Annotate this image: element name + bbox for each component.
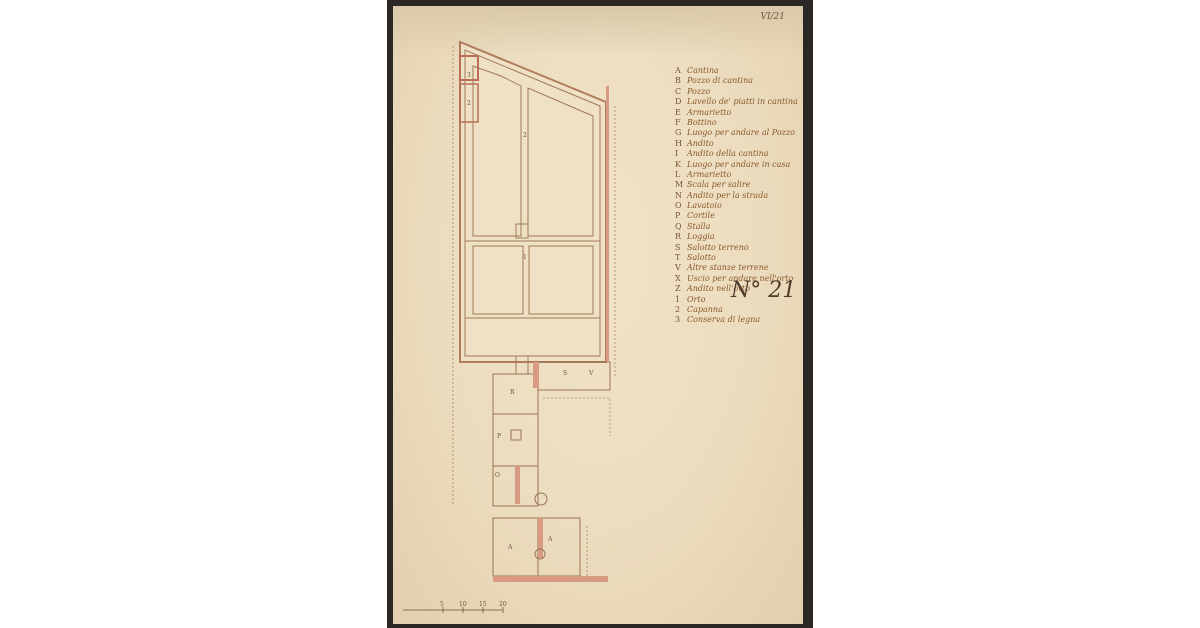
legend-text: Cortile: [687, 211, 715, 221]
legend-key: O: [675, 201, 683, 211]
legend-text: Orto: [687, 295, 705, 305]
legend-text: Scala per salire: [687, 180, 750, 190]
legend-key: G: [675, 128, 683, 138]
legend-key: T: [675, 253, 683, 263]
label-small-room: 3: [467, 72, 471, 79]
legend-row: EArmarietto: [675, 108, 800, 118]
legend-text: Armarietto: [687, 108, 731, 118]
legend-key: 3: [675, 315, 683, 325]
legend-text: Andito per la strada: [687, 191, 768, 201]
legend-text: Capanna: [687, 305, 723, 315]
legend-row: LArmarietto: [675, 170, 800, 180]
label-room-p: P: [497, 433, 501, 440]
legend-key: Z: [675, 284, 683, 294]
legend-key: I: [675, 149, 683, 159]
legend-key: N: [675, 191, 683, 201]
scale-tick-10: 10: [459, 601, 467, 608]
legend-text: Pozzo di cantina: [687, 76, 753, 86]
legend-key: K: [675, 160, 683, 170]
legend-row: PCortile: [675, 211, 800, 221]
legend-row: ACantina: [675, 66, 800, 76]
legend-key: A: [675, 66, 683, 76]
legend-key: 2: [675, 305, 683, 315]
paper-sheet: VI/21: [393, 6, 803, 624]
legend-key: 1: [675, 295, 683, 305]
legend-text: Lavatoio: [687, 201, 722, 211]
legend-text: Cantina: [687, 66, 719, 76]
legend-row: 2Capanna: [675, 305, 800, 315]
legend-text: Salotto terreno: [687, 243, 749, 253]
legend-key: V: [675, 263, 683, 273]
legend-text: Altre stanze terrene: [687, 263, 769, 273]
legend-row: RLoggia: [675, 232, 800, 242]
legend-key: M: [675, 180, 683, 190]
legend-row: NAndito per la strada: [675, 191, 800, 201]
legend-key: X: [675, 274, 683, 284]
label-room-a: A: [508, 544, 512, 551]
label-garden-lower: 1: [523, 254, 527, 261]
legend-row: GLuogo per andare al Pozzo: [675, 128, 800, 138]
legend-text: Andito della cantina: [687, 149, 769, 159]
label-room-v: V: [589, 370, 593, 377]
label-garden-upper: 2: [523, 132, 527, 139]
sheet-number: N° 21: [731, 278, 796, 303]
legend-row: FBottino: [675, 118, 800, 128]
legend-row: HAndito: [675, 139, 800, 149]
label-room-r: R: [510, 389, 515, 396]
legend-key: E: [675, 108, 683, 118]
legend-text: Conserva di legna: [687, 315, 760, 325]
legend-text: Stalla: [687, 222, 710, 232]
legend-key: C: [675, 87, 683, 97]
label-side-room: 2: [467, 100, 471, 107]
legend-row: BPozzo di cantina: [675, 76, 800, 86]
legend-text: Andito: [687, 139, 714, 149]
legend-text: Pozzo: [687, 87, 710, 97]
legend-row: OLavatoio: [675, 201, 800, 211]
legend-row: TSalotto: [675, 253, 800, 263]
legend-key: B: [675, 76, 683, 86]
legend-row: MScala per salire: [675, 180, 800, 190]
scale-tick-15: 15: [479, 601, 487, 608]
legend-text: Armarietto: [687, 170, 731, 180]
legend-row: 3Conserva di legna: [675, 315, 800, 325]
label-room-a2: A: [548, 536, 552, 543]
legend-key: R: [675, 232, 683, 242]
legend-text: Salotto: [687, 253, 716, 263]
legend-row: KLuogo per andare in casa: [675, 160, 800, 170]
label-room-s: S: [563, 370, 567, 377]
legend-text: Luogo per andare al Pozzo: [687, 128, 795, 138]
scale-tick-5: 5: [440, 601, 444, 608]
legend-row: CPozzo: [675, 87, 800, 97]
legend-key: Q: [675, 222, 683, 232]
legend-row: SSalotto terreno: [675, 243, 800, 253]
legend-key: H: [675, 139, 683, 149]
legend-row: DLavello de' piatti in cantina: [675, 97, 800, 107]
legend-row: VAltre stanze terrene: [675, 263, 800, 273]
legend-key: S: [675, 243, 683, 253]
legend-row: QStalla: [675, 222, 800, 232]
legend-key: F: [675, 118, 683, 128]
legend-key: D: [675, 97, 683, 107]
legend-key: L: [675, 170, 683, 180]
legend-text: Luogo per andare in casa: [687, 160, 790, 170]
legend-text: Loggia: [687, 232, 715, 242]
legend-row: IAndito della cantina: [675, 149, 800, 159]
legend-key: P: [675, 211, 683, 221]
legend-text: Lavello de' piatti in cantina: [687, 97, 798, 107]
scale-tick-20: 20: [499, 601, 507, 608]
legend-text: Bottino: [687, 118, 717, 128]
label-room-o: O: [495, 472, 500, 479]
